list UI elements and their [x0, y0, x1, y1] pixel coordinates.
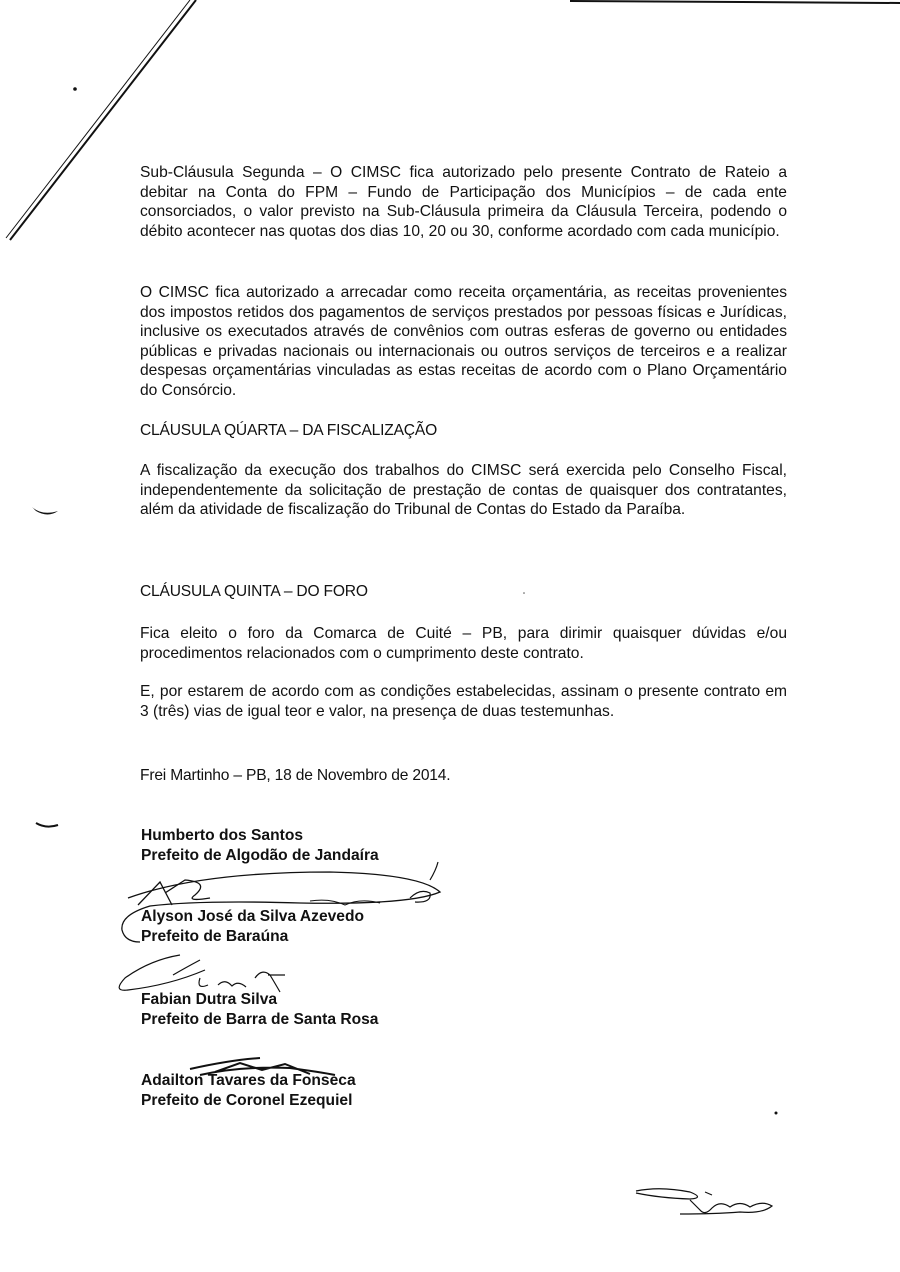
document-page: Sub-Cláusula Segunda – O CIMSC fica auto… [0, 0, 900, 1272]
handwritten-signatures-icon [0, 0, 900, 1272]
